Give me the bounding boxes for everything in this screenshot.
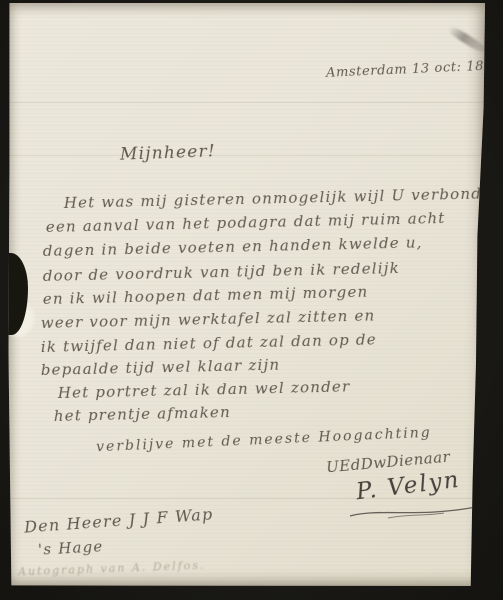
body-line: door de voordruk van tijd ben ik redelij…: [43, 261, 400, 284]
body-line: Het was mij gisteren onmogelijk wijl U v…: [64, 187, 483, 211]
ink-smudge: [447, 25, 487, 55]
body-line: dagen in beide voeten en handen kwelde u…: [43, 235, 423, 259]
signature-flourish: [348, 504, 480, 520]
address-line-1: Den Heere J J F Wap: [24, 506, 214, 535]
body-line: het prentje afmaken: [54, 405, 231, 424]
pencil-annotation: Autograph van A. Delfos.: [18, 560, 206, 578]
body-line: bepaalde tijd wel klaar zijn: [41, 358, 281, 378]
crease-line: [8, 155, 486, 156]
body-line: ik twijfel dan niet of dat zal dan op de: [41, 332, 377, 355]
crease-line: [8, 102, 486, 103]
body-line: Het portret zal ik dan wel zonder: [58, 379, 351, 401]
body-line: een aanval van het podagra dat mij ruim …: [46, 211, 446, 235]
letter-photo: Amsterdam 13 oct: 1838 Mijnheer! Het was…: [0, 0, 503, 600]
closing-line: verblijve met de meeste Hoogachting: [96, 426, 432, 455]
salutation: Mijnheer!: [120, 143, 216, 163]
body-line: weer voor mijn werktafel zal zitten en: [41, 308, 376, 331]
letter-paper: Amsterdam 13 oct: 1838 Mijnheer! Het was…: [8, 3, 486, 586]
body-line: en ik wil hoopen dat men mij morgen: [43, 285, 369, 307]
dateline: Amsterdam 13 oct: 1838: [326, 59, 502, 80]
address-line-2: 's Hage: [38, 539, 104, 557]
